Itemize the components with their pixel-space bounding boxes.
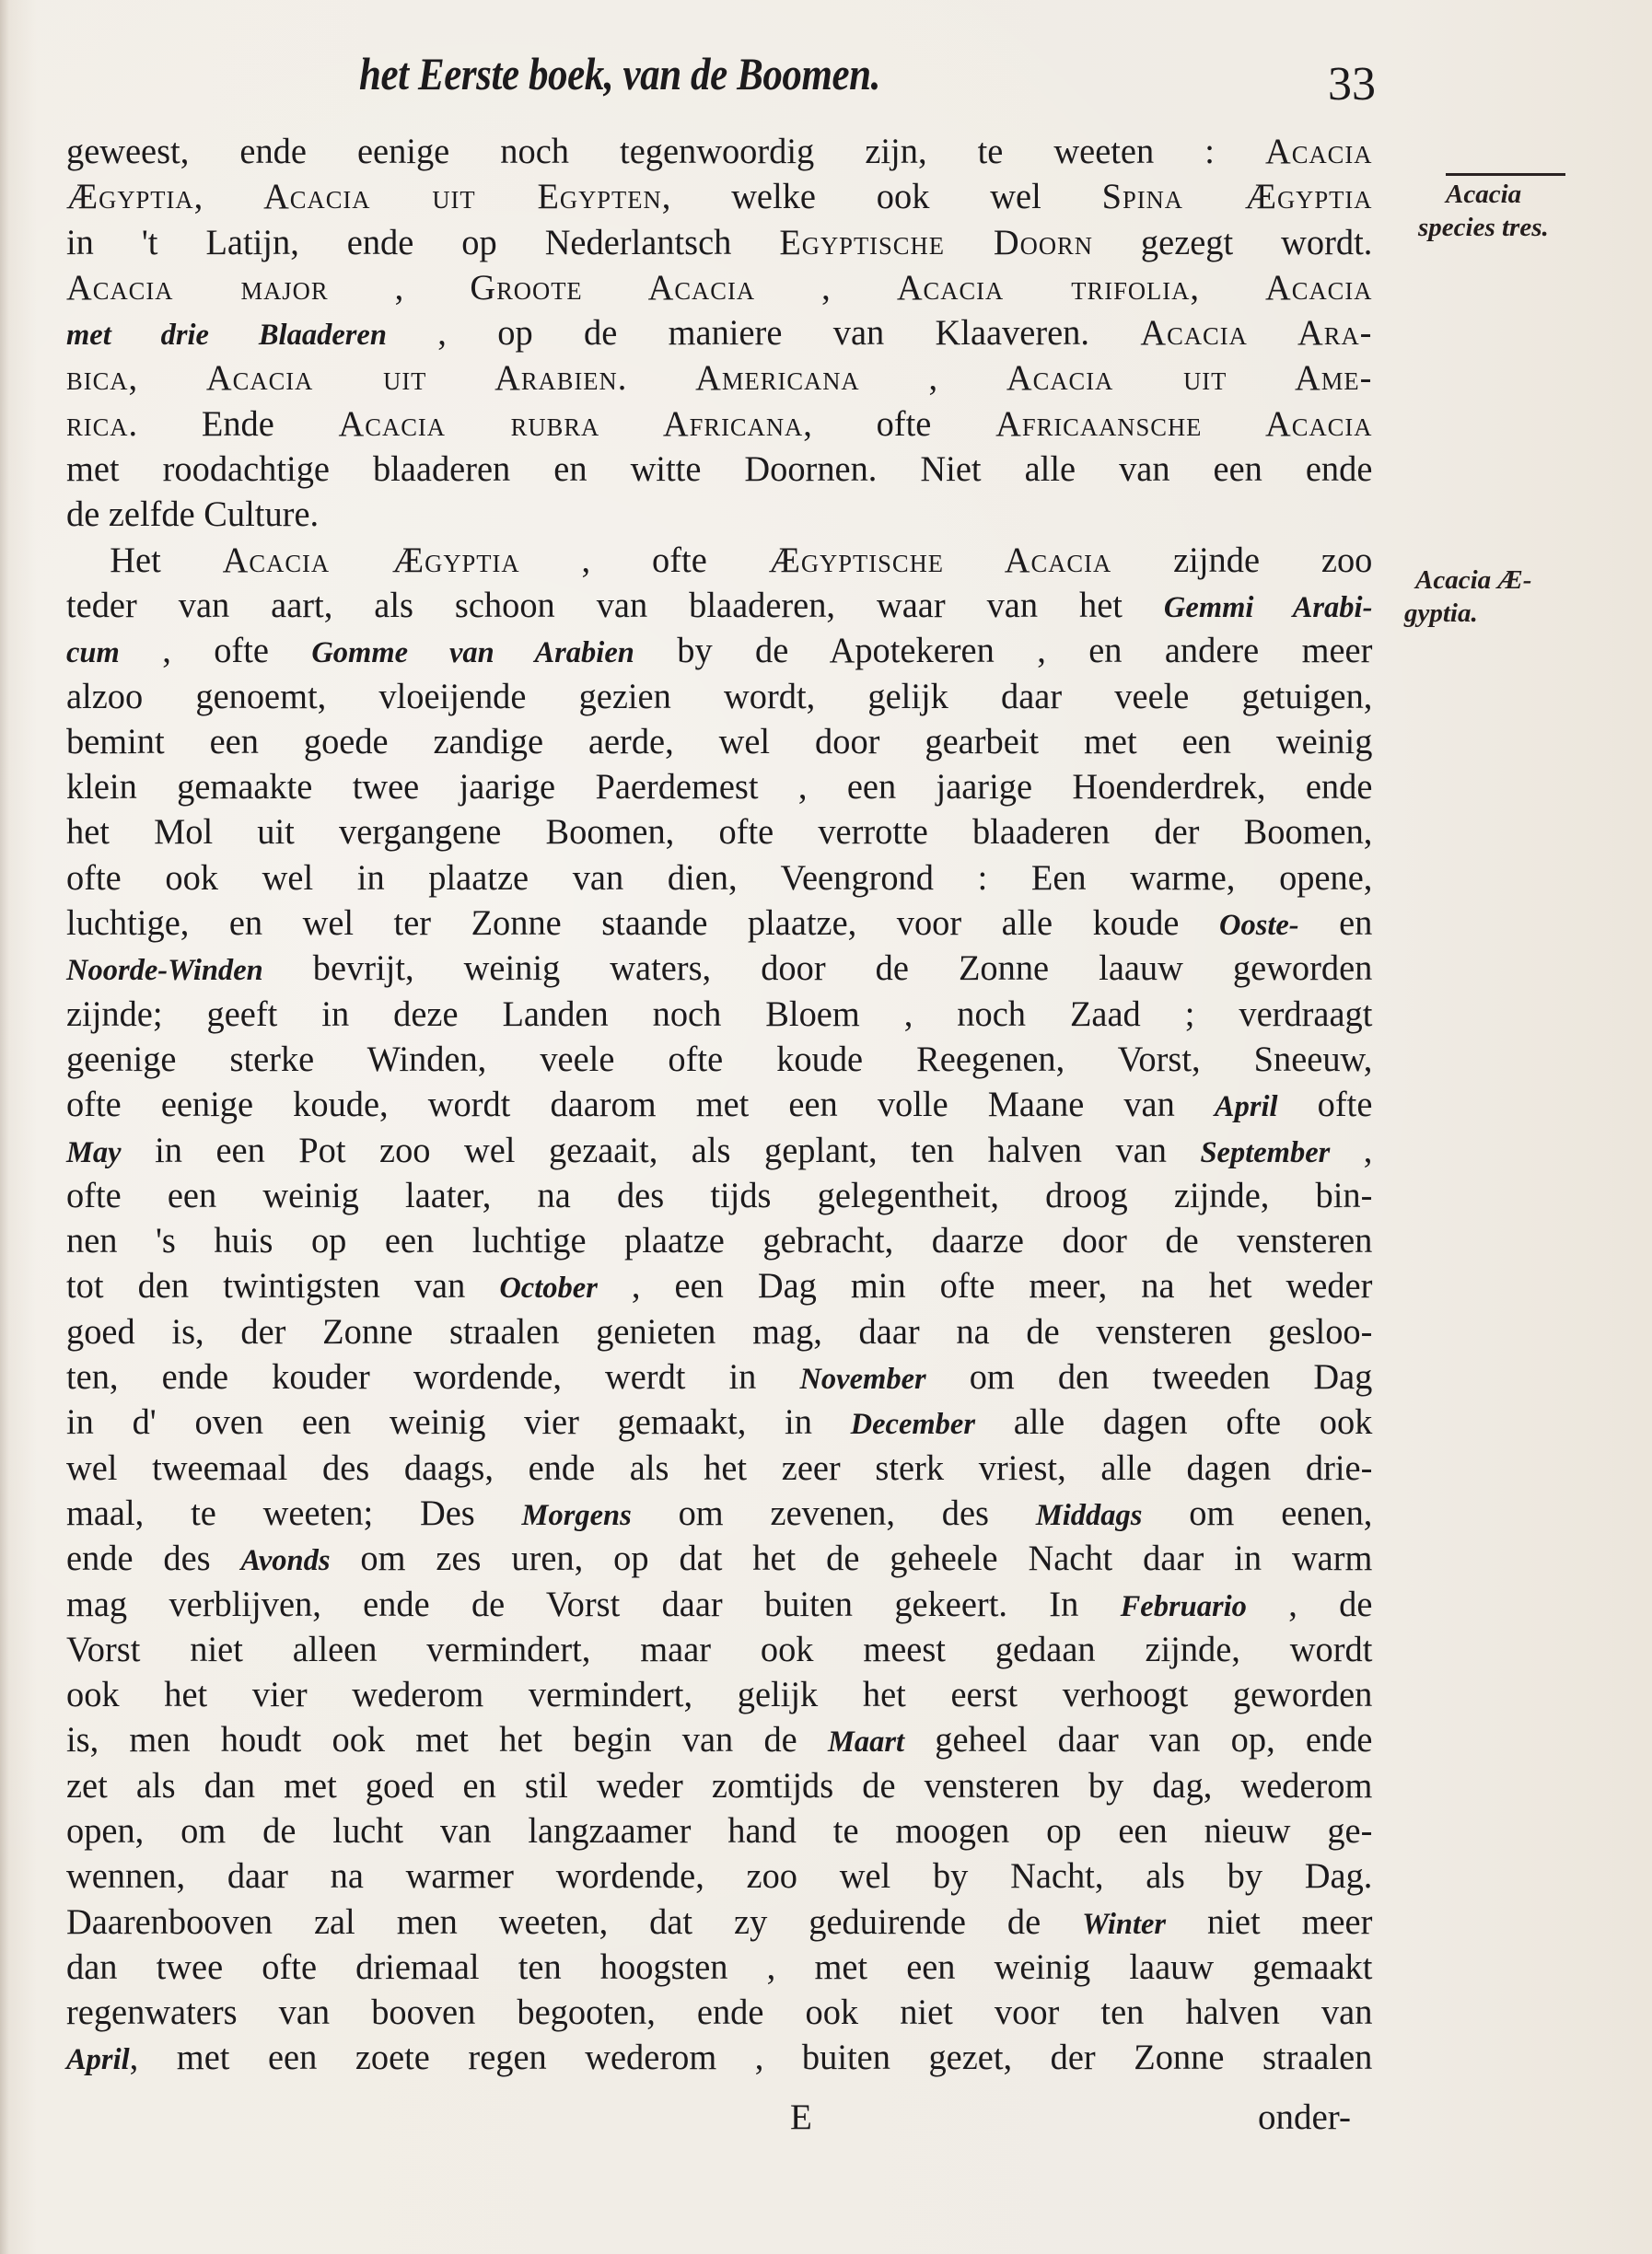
text-run: wennen, daar na warmer wordende, zoo wel… — [66, 1856, 1372, 1896]
text-line: is, men houdt ook met het begin van de M… — [66, 1717, 1372, 1762]
text-line: klein gemaakte twee jaarige Paerdemest ,… — [66, 764, 1372, 809]
text-run: mag verblijven, ende de Vorst daar buite… — [66, 1585, 1121, 1624]
text-run: bevrijt, weinig waters, door de Zonne la… — [263, 948, 1373, 988]
text-run: , welke ook wel — [662, 177, 1102, 216]
text-line: geweest, ende eenige noch tegenwoordig z… — [66, 129, 1372, 174]
text-run: wel tweemaal des daags, ende als het zee… — [66, 1448, 1372, 1488]
italic-term: April — [66, 2043, 130, 2076]
text-run: gezegt wordt. — [1093, 223, 1372, 262]
small-caps-term: Acacia rubra Africana — [339, 404, 804, 444]
text-line: Acacia major , Groote Acacia , Acacia tr… — [66, 265, 1372, 310]
text-run: om eenen, — [1142, 1493, 1372, 1533]
text-run: open, om de lucht van langzaamer hand te… — [66, 1811, 1372, 1851]
text-line: mag verblijven, ende de Vorst daar buite… — [66, 1582, 1372, 1627]
text-run: , de — [1247, 1585, 1373, 1624]
italic-term: Noorde-Winden — [66, 954, 263, 987]
small-caps-term: Groote Acacia — [470, 268, 755, 308]
text-run: , — [128, 358, 205, 398]
italic-term: met drie Blaaderen — [66, 319, 387, 352]
text-run: alzoo genoemt, vloeijende gezien wordt, … — [66, 677, 1372, 716]
text-run: Vorst niet alleen vermindert, maar ook m… — [66, 1630, 1372, 1669]
text-line: May in een Pot zoo wel gezaait, als gepl… — [66, 1128, 1372, 1173]
small-caps-term: Egyptische Doorn — [779, 223, 1093, 262]
text-line: in 't Latijn, ende op Nederlantsch Egypt… — [66, 220, 1372, 265]
margin-note-line: Acacia Æ- — [1415, 563, 1531, 597]
margin-note-line: species tres. — [1418, 211, 1565, 244]
text-line: ofte eenige koude, wordt daarom met een … — [66, 1082, 1372, 1127]
text-run: met roodachtige blaaderen en witte Doorn… — [66, 449, 1372, 489]
margin-note-line: Acacia — [1446, 178, 1565, 211]
text-line: maal, te weeten; Des Morgens om zevenen,… — [66, 1491, 1372, 1536]
italic-term: cum — [66, 636, 120, 669]
italic-term: May — [66, 1136, 122, 1169]
italic-term: Winter — [1082, 1908, 1166, 1941]
text-run: , een Dag min ofte meer, na het weder — [598, 1266, 1373, 1306]
text-run: , — [329, 268, 471, 308]
italic-term: Morgens — [522, 1499, 632, 1532]
text-line: Vorst niet alleen vermindert, maar ook m… — [66, 1627, 1372, 1672]
text-run: in 't Latijn, ende op Nederlantsch — [66, 223, 779, 262]
small-caps-term: Acacia trifolia — [897, 268, 1191, 308]
small-caps-term: Africaansche Acacia — [995, 404, 1372, 444]
italic-term: October — [499, 1272, 598, 1305]
text-run: . — [618, 358, 695, 398]
small-caps-term: Acacia uit Arabien — [206, 358, 618, 398]
running-head: het Eerste boek, van de Boomen. 33 — [0, 37, 1652, 110]
small-caps-term: Ægyptische Acacia — [769, 540, 1111, 580]
italic-term: April — [1215, 1090, 1278, 1123]
small-caps-term: Americana — [695, 358, 859, 398]
text-line: geenige sterke Winden, veele ofte koude … — [66, 1037, 1372, 1082]
text-run: en — [1299, 903, 1373, 943]
text-run: zijnde zoo — [1111, 540, 1372, 580]
text-line: luchtige, en wel ter Zonne staande plaat… — [66, 900, 1372, 946]
text-run: om den tweeden Dag — [926, 1357, 1373, 1397]
text-line: goed is, der Zonne straalen genieten mag… — [66, 1309, 1372, 1354]
text-line: tot den twintigsten van October , een Da… — [66, 1263, 1372, 1308]
text-line: het Mol uit vergangene Boomen, ofte verr… — [66, 809, 1372, 854]
page-number: 33 — [1328, 57, 1376, 112]
text-run: , — [1190, 268, 1265, 308]
text-line: Noorde-Winden bevrijt, weinig waters, do… — [66, 946, 1372, 991]
text-run: , ofte — [520, 540, 769, 580]
small-caps-term: Acacia uit Ame- — [1006, 358, 1373, 398]
text-line: Ægyptia, Acacia uit Egypten, welke ook w… — [66, 174, 1372, 219]
italic-term: Gemmi Arabi- — [1164, 591, 1372, 624]
text-line: April, met een zoete regen wederom , bui… — [66, 2035, 1372, 2080]
small-caps-term: Acacia Ægyptia — [223, 540, 520, 580]
text-run: geheel daar van op, ende — [904, 1720, 1372, 1760]
text-line: nen 's huis op een luchtige plaatze gebr… — [66, 1218, 1372, 1263]
text-run: , — [194, 177, 263, 216]
margin-note-acacia-species: Acacia species tres. — [1446, 173, 1565, 244]
text-run: regenwaters van booven begooten, ende oo… — [66, 1993, 1372, 2032]
text-line: rica. Ende Acacia rubra Africana, ofte A… — [66, 401, 1372, 447]
text-run: in een Pot zoo wel gezaait, als geplant,… — [122, 1131, 1201, 1170]
text-run: tot den twintigsten van — [66, 1266, 499, 1306]
text-run: zijnde; geeft in deze Landen noch Bloem … — [66, 994, 1372, 1034]
text-run: goed is, der Zonne straalen genieten mag… — [66, 1312, 1372, 1352]
italic-term: December — [851, 1408, 975, 1441]
small-caps-term: Acacia uit Egypten — [263, 177, 662, 216]
text-line: met drie Blaaderen , op de maniere van K… — [66, 310, 1372, 355]
small-caps-term: Spina Ægyptia — [1102, 177, 1373, 216]
italic-term: November — [799, 1363, 925, 1396]
small-caps-term: Acacia — [1265, 132, 1372, 171]
text-line: teder van aart, als schoon van blaaderen… — [66, 583, 1372, 628]
margin-note-line: gyptia. — [1404, 597, 1531, 630]
text-run: ofte ook wel in plaatze van dien, Veengr… — [66, 858, 1372, 898]
running-head-title: het Eerste boek, van de Boomen. — [359, 37, 880, 110]
text-run: geweest, ende eenige noch tegenwoordig z… — [66, 132, 1265, 171]
text-line: bica, Acacia uit Arabien. Americana , Ac… — [66, 355, 1372, 401]
text-run: , ofte — [120, 631, 312, 670]
text-run: , met een zoete regen wederom , buiten g… — [130, 2038, 1373, 2077]
text-run: , — [755, 268, 897, 308]
text-run: teder van aart, als schoon van blaaderen… — [66, 586, 1164, 625]
text-run: ofte — [1278, 1085, 1373, 1124]
text-line: wennen, daar na warmer wordende, zoo wel… — [66, 1853, 1372, 1899]
text-run: dan twee ofte driemaal ten hoogsten , me… — [66, 1947, 1372, 1987]
text-run: het Mol uit vergangene Boomen, ofte verr… — [66, 812, 1372, 852]
text-run: alle dagen ofte ook — [975, 1402, 1372, 1442]
italic-term: Maart — [828, 1725, 904, 1759]
text-run: , — [860, 358, 1006, 398]
text-line: regenwaters van booven begooten, ende oo… — [66, 1990, 1372, 2035]
book-page: het Eerste boek, van de Boomen. 33 gewee… — [0, 0, 1652, 2254]
text-line: Daarenbooven zal men weeten, dat zy gedu… — [66, 1900, 1372, 1945]
text-run: nen 's huis op een luchtige plaatze gebr… — [66, 1221, 1372, 1261]
italic-term: Gomme van Arabien — [311, 636, 634, 669]
italic-term: Avonds — [241, 1544, 331, 1577]
italic-term: Februario — [1121, 1590, 1247, 1623]
text-run: de zelfde Culture. — [66, 494, 319, 534]
italic-term: Ooste- — [1219, 909, 1299, 942]
text-run: , op de maniere van Klaaveren. — [387, 313, 1140, 353]
small-caps-term: bica — [66, 358, 128, 398]
text-run: klein gemaakte twee jaarige Paerdemest ,… — [66, 767, 1372, 807]
text-line: zet als dan met goed en stil weder zomti… — [66, 1763, 1372, 1808]
signature-mark: E — [790, 2090, 812, 2145]
text-line: de zelfde Culture. — [66, 492, 1372, 537]
small-caps-term: Acacia major — [66, 268, 329, 308]
text-run: Daarenbooven zal men weeten, dat zy gedu… — [66, 1902, 1082, 1942]
text-run: . Ende — [128, 404, 338, 444]
text-line: dan twee ofte driemaal ten hoogsten , me… — [66, 1945, 1372, 1990]
text-line: Het Acacia Ægyptia , ofte Ægyptische Aca… — [66, 538, 1372, 583]
text-line: ofte ook wel in plaatze van dien, Veengr… — [66, 855, 1372, 900]
text-line: zijnde; geeft in deze Landen noch Bloem … — [66, 992, 1372, 1037]
small-caps-term: Acacia Ara- — [1140, 313, 1372, 353]
page-footer: E onder- — [0, 2090, 1652, 2145]
catchword: onder- — [1258, 2090, 1351, 2145]
text-run: luchtige, en wel ter Zonne staande plaat… — [66, 903, 1219, 943]
italic-term: Middags — [1036, 1499, 1143, 1532]
small-caps-term: Acacia — [1265, 268, 1372, 308]
text-line: met roodachtige blaaderen en witte Doorn… — [66, 447, 1372, 492]
margin-note-rule — [1446, 173, 1565, 176]
text-line: bemint een goede zandige aerde, wel door… — [66, 719, 1372, 764]
text-run: by de Apotekeren , en andere meer — [634, 631, 1373, 670]
text-run: , — [1330, 1131, 1372, 1170]
text-run: om zes uren, op dat het de geheele Nacht… — [330, 1539, 1372, 1578]
text-line: alzoo genoemt, vloeijende gezien wordt, … — [66, 674, 1372, 719]
text-line: cum , ofte Gomme van Arabien by de Apote… — [66, 628, 1372, 673]
text-run: ofte eenige koude, wordt daarom met een … — [66, 1085, 1215, 1124]
text-run: Het — [110, 540, 222, 580]
text-run: ofte een weinig laater, na des tijds gel… — [66, 1176, 1372, 1215]
text-line: ten, ende kouder wordende, werdt in Nove… — [66, 1354, 1372, 1400]
text-line: wel tweemaal des daags, ende als het zee… — [66, 1446, 1372, 1491]
text-run: ende des — [66, 1539, 241, 1578]
text-line: ende des Avonds om zes uren, op dat het … — [66, 1536, 1372, 1581]
text-run: bemint een goede zandige aerde, wel door… — [66, 722, 1372, 761]
text-run: is, men houdt ook met het begin van de — [66, 1720, 828, 1760]
margin-note-acacia-aegyptia: Acacia Æ- gyptia. — [1404, 563, 1531, 630]
text-run: niet meer — [1166, 1902, 1372, 1942]
text-line: ook het vier wederom vermindert, gelijk … — [66, 1672, 1372, 1717]
text-run: ten, ende kouder wordende, werdt in — [66, 1357, 799, 1397]
text-run: maal, te weeten; Des — [66, 1493, 522, 1533]
italic-term: September — [1200, 1136, 1330, 1169]
text-line: open, om de lucht van langzaamer hand te… — [66, 1808, 1372, 1853]
body-text: geweest, ende eenige noch tegenwoordig z… — [66, 129, 1392, 2081]
small-caps-term: Ægyptia — [66, 177, 194, 216]
small-caps-term: rica — [66, 404, 128, 444]
text-run: in d' oven een weinig vier gemaakt, in — [66, 1402, 851, 1442]
text-line: ofte een weinig laater, na des tijds gel… — [66, 1173, 1372, 1218]
text-run: , ofte — [803, 404, 995, 444]
text-run: ook het vier wederom vermindert, gelijk … — [66, 1675, 1372, 1714]
text-run: geenige sterke Winden, veele ofte koude … — [66, 1040, 1372, 1079]
text-run: om zevenen, des — [632, 1493, 1036, 1533]
text-line: in d' oven een weinig vier gemaakt, in D… — [66, 1400, 1372, 1445]
text-run: zet als dan met goed en stil weder zomti… — [66, 1766, 1372, 1806]
